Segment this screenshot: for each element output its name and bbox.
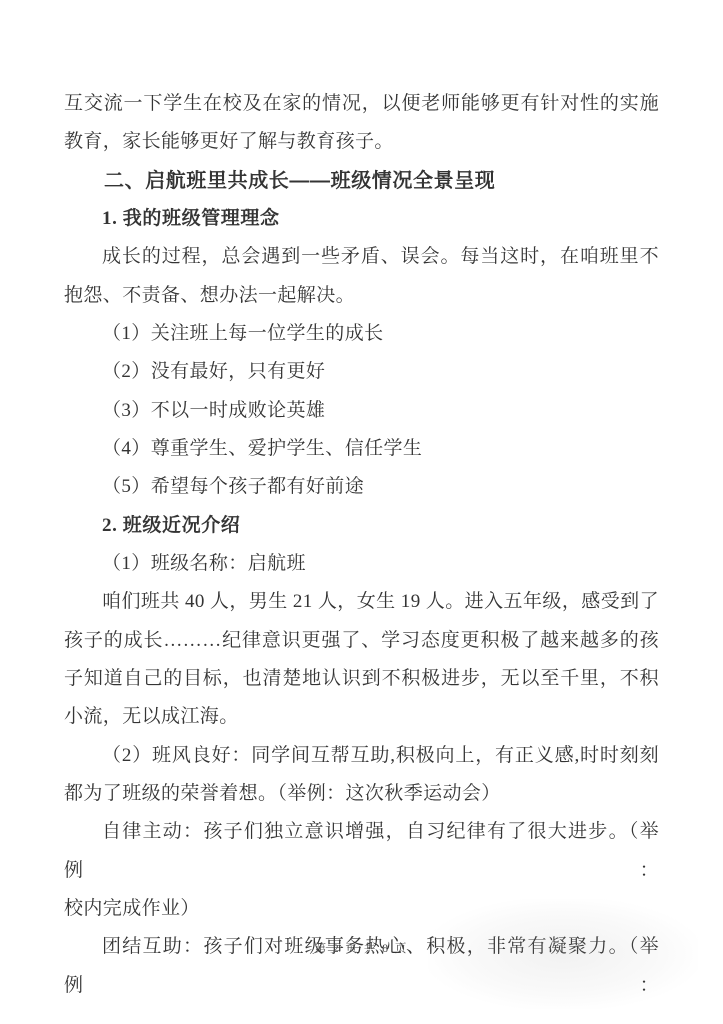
body-line: （2）班风良好：同学间互帮互助,积极向上，有正义感,时时刻刻 (64, 737, 659, 775)
body-line: 抱怨、不责备、想办法一起解决。 (64, 277, 659, 315)
list-item: （2）没有最好，只有更好 (64, 353, 659, 391)
body-line: 成长的过程，总会遇到一些矛盾、误会。每当这时，在咱班里不 (64, 238, 659, 276)
subsection-heading: 2. 班级近况介绍 (64, 507, 659, 545)
body-line: 孩子的成长………纪律意识更强了、学习态度更积极了越来越多的孩 (64, 622, 659, 660)
list-item: （4）尊重学生、爱护学生、信任学生 (64, 430, 659, 468)
page-footer: 第 2 页 共 8 页 (0, 940, 723, 956)
section-heading: 二、启航班里共成长——班级情况全景呈现 (64, 162, 659, 200)
body-line: 自律主动：孩子们独立意识增强，自习纪律有了很大进步。（举例： (64, 813, 659, 890)
body-line: 互交流一下学生在校及在家的情况，以便老师能够更有针对性的实施 (64, 85, 659, 123)
subsection-heading: 1. 我的班级管理理念 (64, 200, 659, 238)
list-item: （5）希望每个孩子都有好前途 (64, 468, 659, 506)
list-item: （3）不以一时成败论英雄 (64, 392, 659, 430)
body-line: 校内完成作业） (64, 890, 659, 928)
body-line: 子知道自己的目标，也清楚地认识到不积极进步，无以至千里，不积 (64, 660, 659, 698)
list-item: （1）关注班上每一位学生的成长 (64, 315, 659, 353)
body-line: 教育，家长能够更好了解与教育孩子。 (64, 123, 659, 161)
body-line: 都为了班级的荣誉着想。（举例：这次秋季运动会） (64, 775, 659, 813)
body-line: 小流，无以成江海。 (64, 698, 659, 736)
list-item: （1）班级名称：启航班 (64, 545, 659, 583)
document-body: 互交流一下学生在校及在家的情况，以便老师能够更有针对性的实施 教育，家长能够更好… (64, 85, 659, 1005)
body-line: 咱们班共 40 人，男生 21 人，女生 19 人。进入五年级，感受到了 (64, 583, 659, 621)
document-page: 互交流一下学生在校及在家的情况，以便老师能够更有针对性的实施 教育，家长能够更好… (0, 0, 723, 1024)
